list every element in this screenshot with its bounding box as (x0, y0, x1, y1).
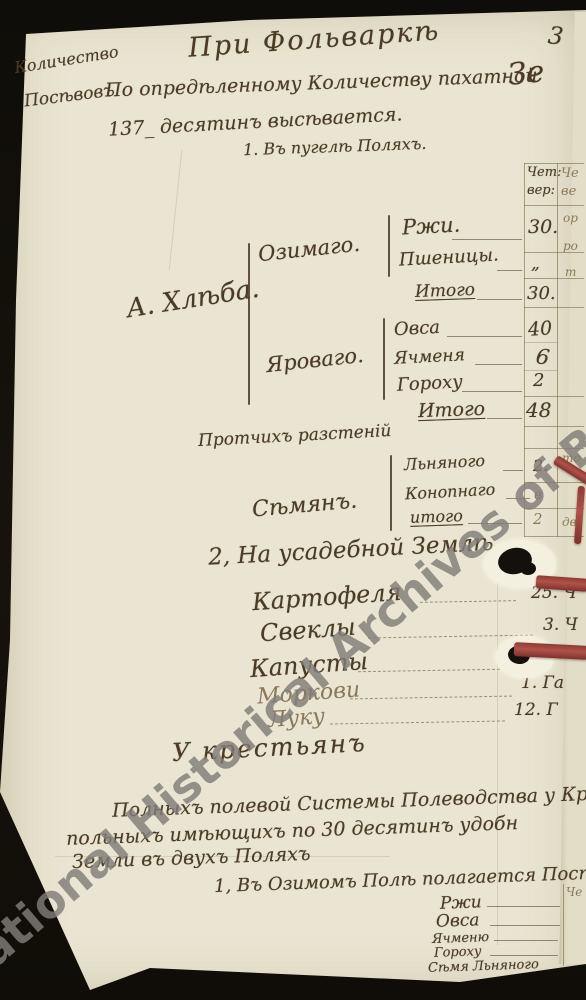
bleed-fragment: ро (563, 240, 578, 253)
scanned-document-page: 3 При Фольваркѣ Количество Посѣвовъ По о… (0, 0, 586, 1000)
bottom-row-dash (494, 940, 558, 941)
brace-line-seeds (390, 455, 392, 531)
crop-row-value: 48 (526, 400, 551, 421)
punched-hole (520, 562, 536, 575)
row-dash (475, 364, 522, 365)
table-hline (524, 342, 557, 343)
table-hline (524, 163, 584, 164)
crop-row-value: 30. (528, 218, 558, 238)
paper-crease (497, 560, 498, 945)
crop-row-name: Гороху (397, 373, 464, 395)
brace-line-winter (388, 215, 390, 277)
bottom-row-dash (490, 955, 558, 956)
row-dash (462, 391, 522, 392)
bottom-row-dash (487, 906, 560, 907)
garden-row-value: 12. Г (514, 702, 558, 720)
row-dash (452, 239, 522, 240)
table-hline (524, 205, 584, 206)
intro-line1-tail: Зе (506, 56, 546, 91)
table-hline (524, 307, 584, 308)
row-dash (497, 270, 522, 271)
bottom-table-vline (563, 884, 564, 966)
brace-line-spring (383, 318, 385, 400)
column2-header-top: Че (561, 167, 579, 181)
bottom-row-dash (490, 925, 560, 926)
bottom-row-name: Овса (436, 912, 480, 931)
column2-header-bottom: ве (561, 185, 576, 199)
crop-row-name: Ржи. (401, 213, 460, 238)
crop-row-value: 40 (527, 319, 553, 341)
bleed-fragment: т (565, 266, 576, 279)
crop-row-name: Овса (394, 319, 441, 340)
crop-row-value: 30. (527, 285, 556, 304)
row-dash (487, 418, 522, 419)
garden-row-value: 3. Ч (543, 617, 578, 635)
row-dash (477, 299, 522, 300)
crop-row-value: „ (531, 256, 540, 274)
bleed-fragment: ор (563, 212, 578, 225)
crop-row-value: 2 (533, 372, 544, 391)
row-dash (447, 336, 522, 337)
column1-header-bottom: вер: (527, 184, 555, 198)
bottom-row-name: Гороху (434, 945, 482, 960)
page-number: 3 (547, 23, 565, 50)
table-hline (524, 396, 584, 397)
crop-row-name: Итого (415, 282, 476, 302)
crop-row-name: Итого (418, 400, 486, 422)
crop-row-name: Ячменя (394, 347, 466, 369)
brace-line-grain (248, 243, 250, 405)
bottom-column-fragment: Че (566, 886, 582, 899)
column1-header-top: Чет: (527, 166, 561, 180)
